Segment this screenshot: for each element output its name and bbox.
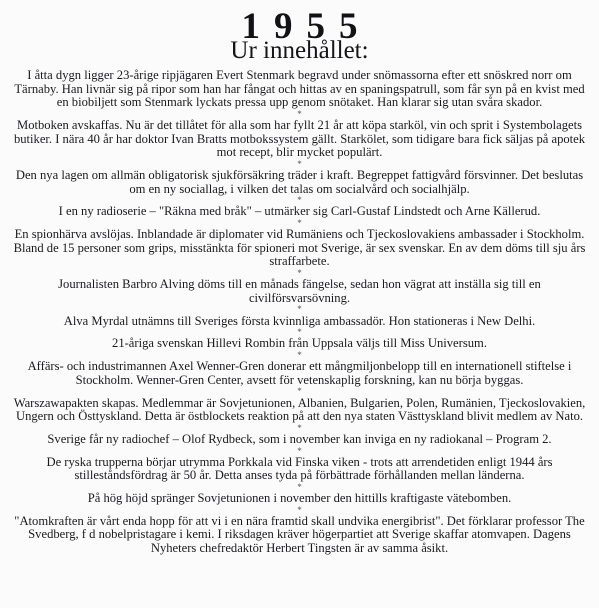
news-item: Den nya lagen om allmän obligatorisk sju… bbox=[12, 169, 587, 196]
news-item: På hög höjd spränger Sovjetunionen i nov… bbox=[12, 492, 587, 506]
news-item: En spionhärva avslöjas. Inblandade är di… bbox=[12, 228, 587, 269]
news-item: Motboken avskaffas. Nu är det tillåtet f… bbox=[12, 119, 587, 160]
news-item: Warszawapakten skapas. Medlemmar är Sovj… bbox=[12, 397, 587, 424]
news-item: Alva Myrdal utnämns till Sveriges första… bbox=[12, 315, 587, 329]
news-item: 21-åriga svenskan Hillevi Rombin från Up… bbox=[12, 337, 587, 351]
news-item: De ryska trupperna börjar utrymma Porkka… bbox=[12, 456, 587, 483]
news-item: I en ny radioserie – "Räkna med bråk" – … bbox=[12, 205, 587, 219]
news-items-list: I åtta dygn ligger 23-årige ripjägaren E… bbox=[0, 69, 599, 556]
document-page: 1955 Ur innehållet: I åtta dygn ligger 2… bbox=[0, 0, 599, 608]
news-item: Sverige får ny radiochef – Olof Rydbeck,… bbox=[12, 433, 587, 447]
news-item: Affärs- och industrimannen Axel Wenner-G… bbox=[12, 360, 587, 387]
news-item: I åtta dygn ligger 23-årige ripjägaren E… bbox=[12, 69, 587, 110]
subtitle-heading: Ur innehållet: bbox=[0, 37, 599, 65]
news-item: Journalisten Barbro Alving döms till en … bbox=[12, 278, 587, 305]
news-item: "Atomkraften är vårt enda hopp för att v… bbox=[12, 515, 587, 556]
